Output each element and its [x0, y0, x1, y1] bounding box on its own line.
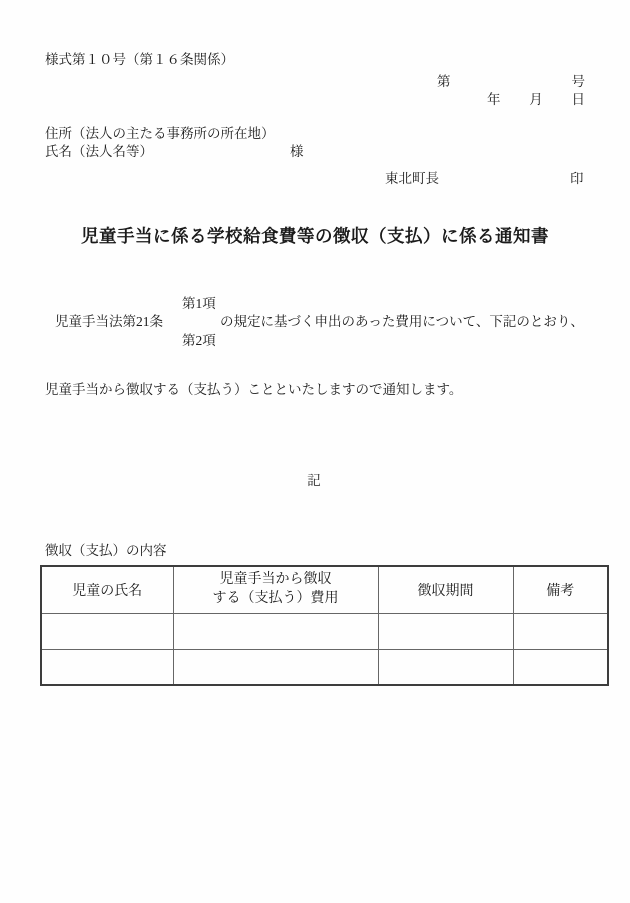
table-row — [41, 613, 608, 649]
document-title: 児童手当に係る学校給食費等の徴収（支払）に係る通知書 — [0, 223, 630, 248]
notification-form-page: 様式第１０号（第１６条関係） 第 号 年 月 日 住所（法人の主たる事務所の所在… — [0, 0, 630, 903]
header-child-name-label: 児童の氏名 — [72, 584, 142, 599]
notification-sentence: 児童手当から徴収する（支払う）ことといたしますので通知します。 — [45, 378, 462, 398]
document-number-prefix: 第 — [437, 70, 451, 90]
header-remarks-label: 備考 — [546, 584, 574, 599]
cell-remarks — [513, 613, 608, 649]
document-number-suffix: 号 — [572, 70, 586, 90]
table-row — [41, 649, 608, 685]
clause-item1: 第1項 — [182, 292, 216, 312]
header-fee-line1: 児童手当から徴収 — [220, 572, 332, 587]
date-month-label: 月 — [529, 88, 543, 108]
clause-item2: 第2項 — [182, 329, 216, 349]
address-label: 住所（法人の主たる事務所の所在地） — [45, 122, 275, 142]
cell-period — [378, 613, 513, 649]
date-line: 年 月 日 — [487, 88, 585, 108]
clause-continuation: の規定に基づく申出のあった費用について、下記のとおり、 — [220, 310, 584, 330]
cell-child-name — [41, 613, 173, 649]
issuer-line: 東北町長 印 — [385, 167, 585, 187]
issuer-name: 東北町長 — [385, 171, 439, 186]
table-header-period: 徴収期間 — [378, 566, 513, 613]
cell-period — [378, 649, 513, 685]
collection-details-table: 児童の氏名 児童手当から徴収 する（支払う）費用 徴収期間 備考 — [40, 565, 609, 686]
form-number: 様式第１０号（第１６条関係） — [45, 48, 234, 68]
seal-mark: 印 — [570, 167, 584, 187]
table-header-fee: 児童手当から徴収 する（支払う）費用 — [173, 566, 378, 613]
name-label: 氏名（法人名等） — [45, 144, 153, 159]
cell-fee — [173, 613, 378, 649]
table-caption: 徴収（支払）の内容 — [45, 539, 167, 559]
table-header-row: 児童の氏名 児童手当から徴収 する（支払う）費用 徴収期間 備考 — [41, 566, 608, 613]
table-header-child-name: 児童の氏名 — [41, 566, 173, 613]
honorific-label: 様 — [290, 140, 304, 160]
header-period-label: 徴収期間 — [418, 584, 474, 599]
table-header-remarks: 備考 — [513, 566, 608, 613]
cell-remarks — [513, 649, 608, 685]
clause-law-reference: 児童手当法第21条 — [55, 310, 163, 330]
header-fee-line2: する（支払う）費用 — [213, 591, 339, 606]
document-number-line: 第 号 — [437, 70, 585, 90]
name-line: 氏名（法人名等） 様 — [45, 140, 585, 160]
cell-child-name — [41, 649, 173, 685]
date-day-label: 日 — [572, 88, 586, 108]
date-year-label: 年 — [487, 88, 501, 108]
ki-separator: 記 — [0, 469, 630, 489]
cell-fee — [173, 649, 378, 685]
